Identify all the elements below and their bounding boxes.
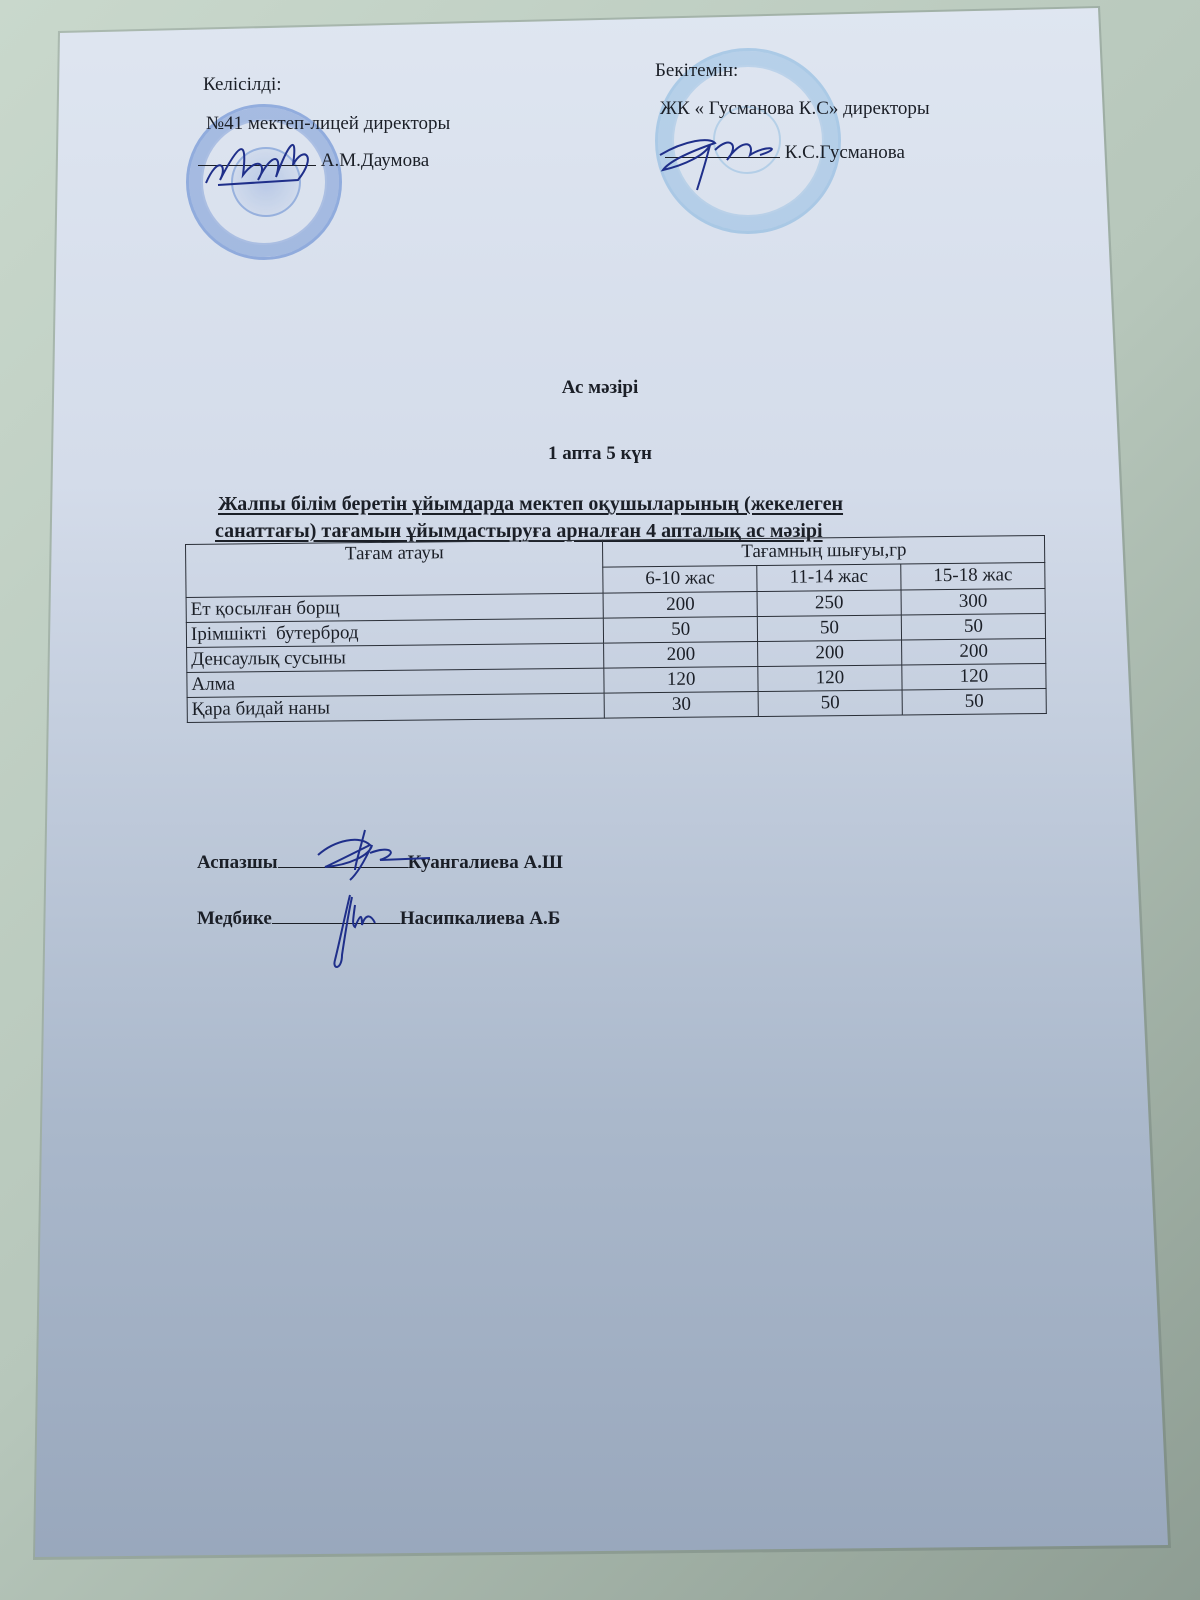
signature-nurse-icon — [320, 885, 390, 975]
header-age-6-10: 6-10 жас — [603, 565, 757, 593]
portion-15-18: 50 — [901, 613, 1045, 640]
portion-15-18: 200 — [902, 638, 1046, 665]
cook-name: Куангалиева А.Ш — [408, 852, 563, 873]
portion-11-14: 120 — [758, 665, 902, 692]
portion-11-14: 50 — [758, 690, 902, 717]
portion-6-10: 200 — [604, 642, 758, 669]
nurse-role: Медбике — [197, 908, 272, 929]
nurse-name: Насипкалиева А.Б — [400, 908, 561, 929]
approval-left-label: Келісілді: — [203, 74, 282, 97]
cook-role: Аспазшы — [197, 852, 278, 873]
document-subtitle: 1 апта 5 күн — [400, 443, 800, 466]
header-age-11-14: 11-14 жас — [757, 564, 901, 592]
menu-table: Тағам атауы Тағамның шығуы,гр 6-10 жас 1… — [185, 535, 1047, 723]
header-age-15-18: 15-18 жас — [901, 562, 1045, 590]
portion-11-14: 50 — [757, 615, 901, 642]
portion-11-14: 250 — [757, 590, 901, 617]
portion-15-18: 50 — [902, 688, 1046, 715]
signature-gusmanova-icon — [655, 125, 795, 195]
portion-6-10: 120 — [604, 667, 758, 694]
header-dish-name: Тағам атауы — [186, 540, 604, 597]
dish-name: Қара бидай наны — [187, 693, 605, 722]
portion-15-18: 300 — [901, 588, 1045, 615]
portion-11-14: 200 — [758, 640, 902, 667]
approval-right-label: Бекітемін: — [655, 60, 738, 83]
portion-6-10: 200 — [604, 592, 758, 619]
document-content: Келісілді: №41 мектеп-лицей директоры А.… — [0, 0, 1200, 1600]
signature-daumova-icon — [198, 125, 328, 195]
approval-right-position: ЖК « Гусманова К.С» директоры — [660, 98, 930, 121]
document-heading-line-1: Жалпы білім беретін ұйымдарда мектеп оқу… — [218, 492, 843, 516]
approval-left-name: А.М.Даумова — [321, 150, 429, 171]
portion-6-10: 50 — [604, 617, 758, 644]
portion-15-18: 120 — [902, 663, 1046, 690]
signature-cook-icon — [310, 825, 430, 885]
portion-6-10: 30 — [605, 692, 759, 719]
document-title: Ас мәзірі — [400, 377, 800, 400]
approval-right-name: К.С.Гусманова — [785, 142, 905, 163]
